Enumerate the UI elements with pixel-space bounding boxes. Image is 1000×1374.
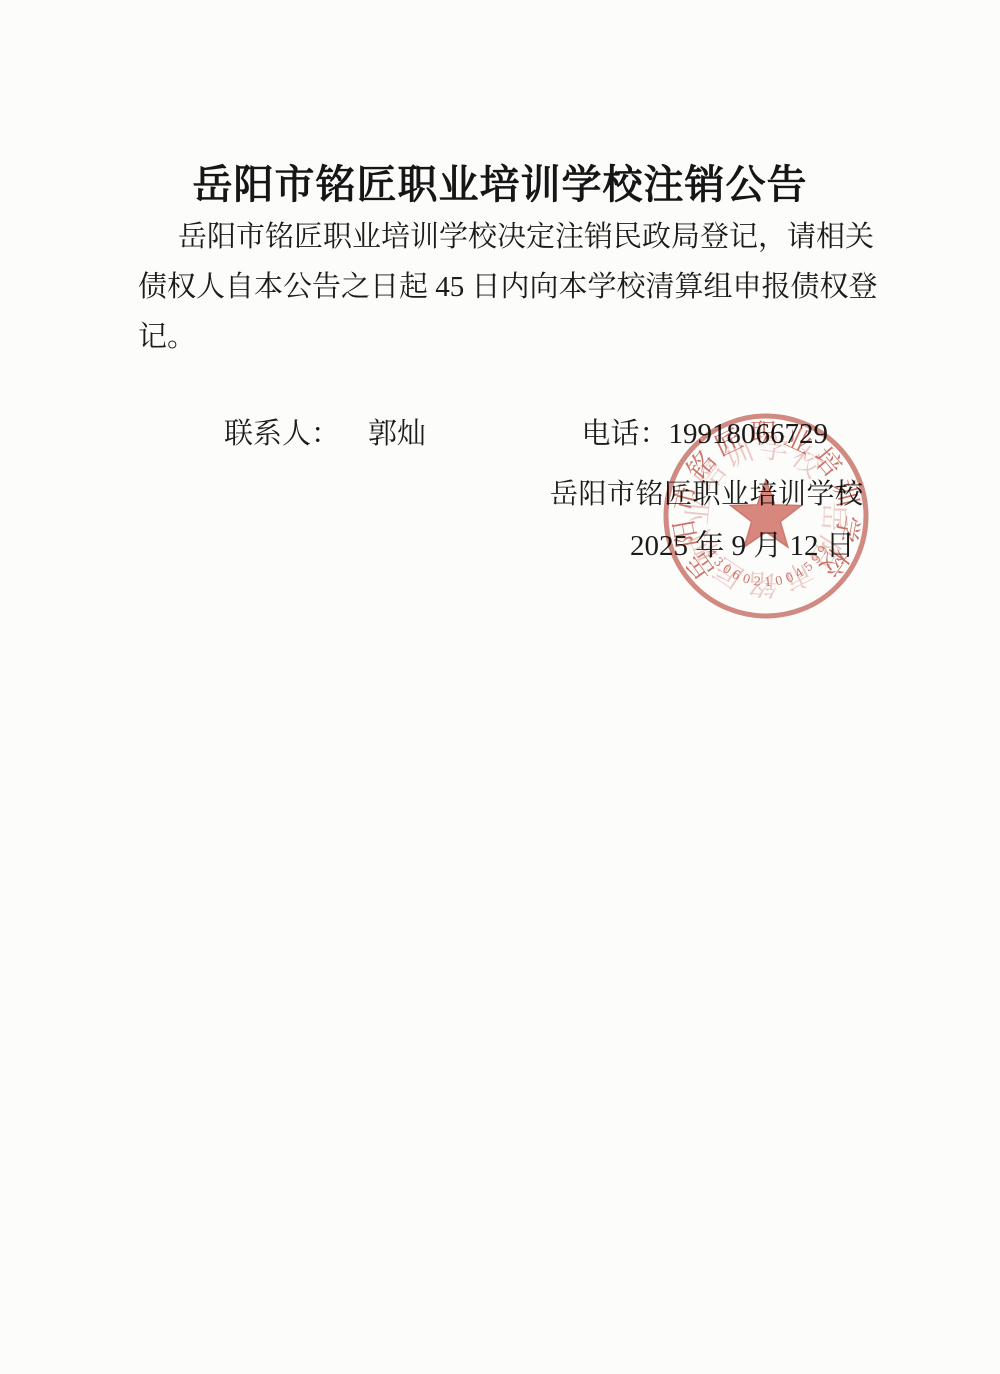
body-line: 记。 xyxy=(138,312,898,362)
official-seal: 岳阳市铭匠职业培训学校 岳阳市铭匠职业培训学校 4306021004599 xyxy=(656,406,876,626)
body-line: 岳阳市铭匠职业培训学校决定注销民政局登记，请相关 xyxy=(138,212,898,262)
page-title: 岳阳市铭匠职业培训学校注销公告 xyxy=(0,160,1000,210)
announcement-body: 岳阳市铭匠职业培训学校决定注销民政局登记，请相关 债权人自本公告之日起 45 日… xyxy=(138,212,898,362)
contact-label: 联系人： xyxy=(224,418,340,450)
scanned-announcement-page: 岳阳市铭匠职业培训学校注销公告 岳阳市铭匠职业培训学校决定注销民政局登记，请相关… xyxy=(0,0,1000,1374)
contact-name: 郭灿 xyxy=(368,418,426,450)
red-star-icon xyxy=(731,480,801,547)
body-line: 债权人自本公告之日起 45 日内向本学校清算组申报债权登 xyxy=(138,262,898,312)
